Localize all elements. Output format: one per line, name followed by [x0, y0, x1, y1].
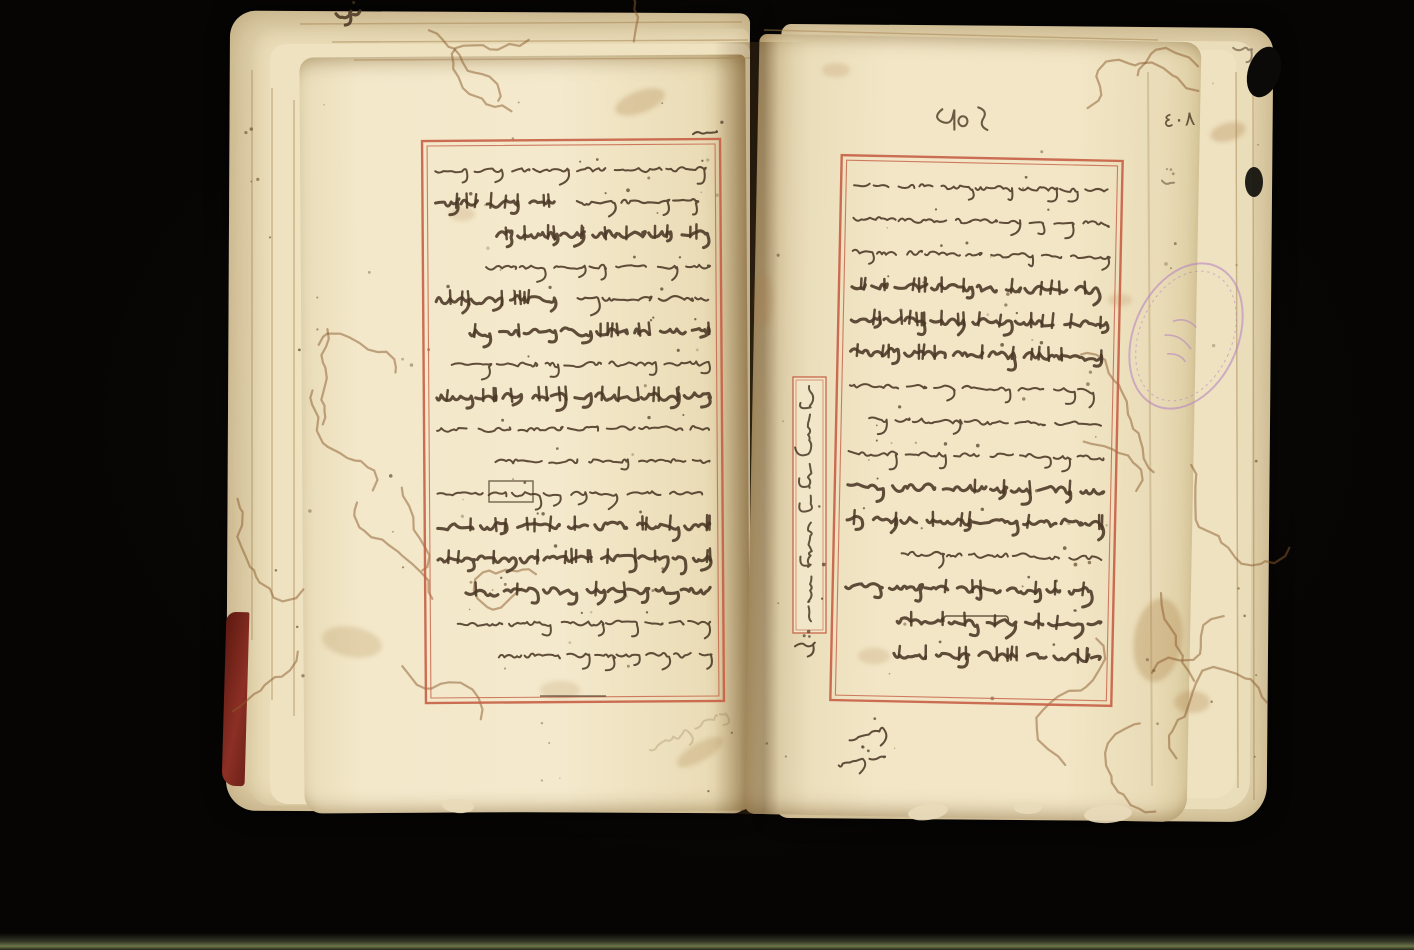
manuscript-photo: ٤٠٨ [0, 0, 1414, 950]
table-light-strip [0, 933, 1414, 950]
binding-spine [222, 612, 250, 787]
left-page [299, 54, 750, 813]
right-page [745, 34, 1202, 822]
